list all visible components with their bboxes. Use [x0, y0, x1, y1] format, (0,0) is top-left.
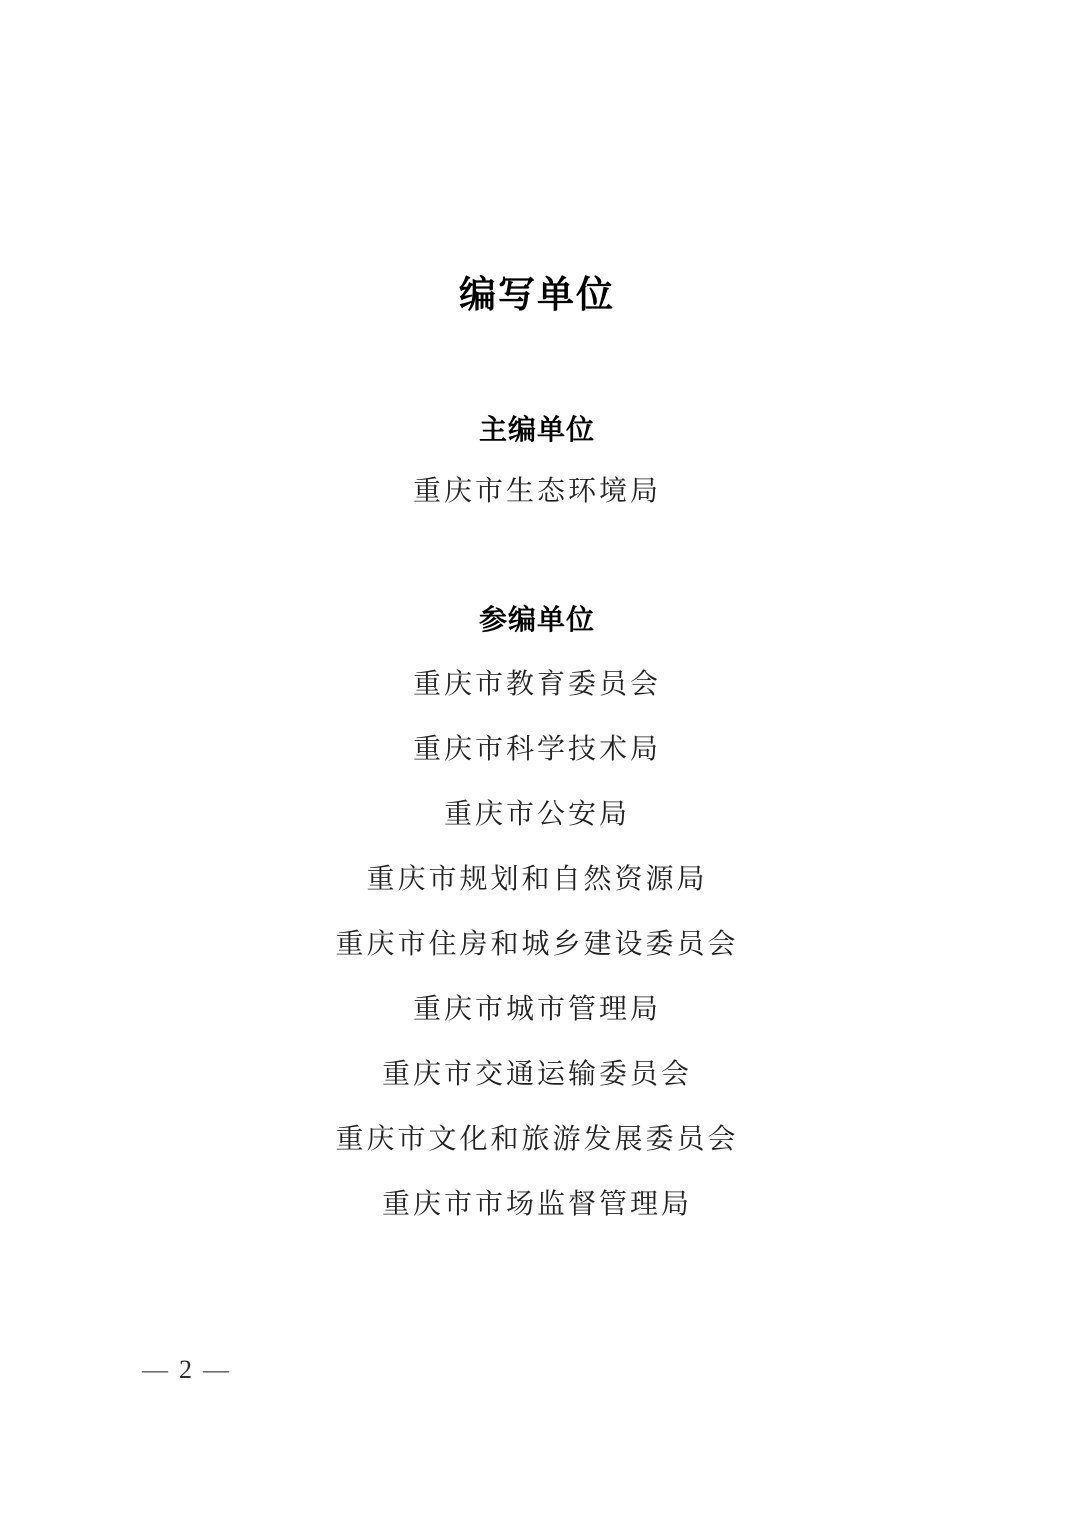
co-editor-org: 重庆市文化和旅游发展委员会 [0, 1123, 1074, 1157]
footer-dash-right: — [203, 1354, 229, 1386]
footer-dash-left: — [142, 1354, 168, 1386]
document-page: 编写单位 主编单位 重庆市生态环境局 参编单位 重庆市教育委员会 重庆市科学技术… [0, 0, 1074, 1520]
co-editor-org: 重庆市教育委员会 [0, 668, 1074, 702]
co-editor-org: 重庆市城市管理局 [0, 993, 1074, 1027]
co-editor-section: 参编单位 重庆市教育委员会 重庆市科学技术局 重庆市公安局 重庆市规划和自然资源… [0, 603, 1074, 1222]
co-editor-org: 重庆市交通运输委员会 [0, 1058, 1074, 1092]
chief-editor-section: 主编单位 重庆市生态环境局 [0, 413, 1074, 509]
co-editor-org: 重庆市市场监督管理局 [0, 1188, 1074, 1222]
chief-editor-org: 重庆市生态环境局 [0, 475, 1074, 509]
page-title: 编写单位 [0, 273, 1074, 317]
page-footer: — 2 — [142, 1354, 229, 1386]
co-editor-org: 重庆市公安局 [0, 798, 1074, 832]
co-editor-org: 重庆市科学技术局 [0, 733, 1074, 767]
co-editor-org: 重庆市住房和城乡建设委员会 [0, 928, 1074, 962]
page-number: 2 [179, 1354, 192, 1386]
co-editor-heading: 参编单位 [0, 603, 1074, 637]
chief-editor-heading: 主编单位 [0, 413, 1074, 447]
co-editor-list: 重庆市教育委员会 重庆市科学技术局 重庆市公安局 重庆市规划和自然资源局 重庆市… [0, 668, 1074, 1222]
co-editor-org: 重庆市规划和自然资源局 [0, 863, 1074, 897]
